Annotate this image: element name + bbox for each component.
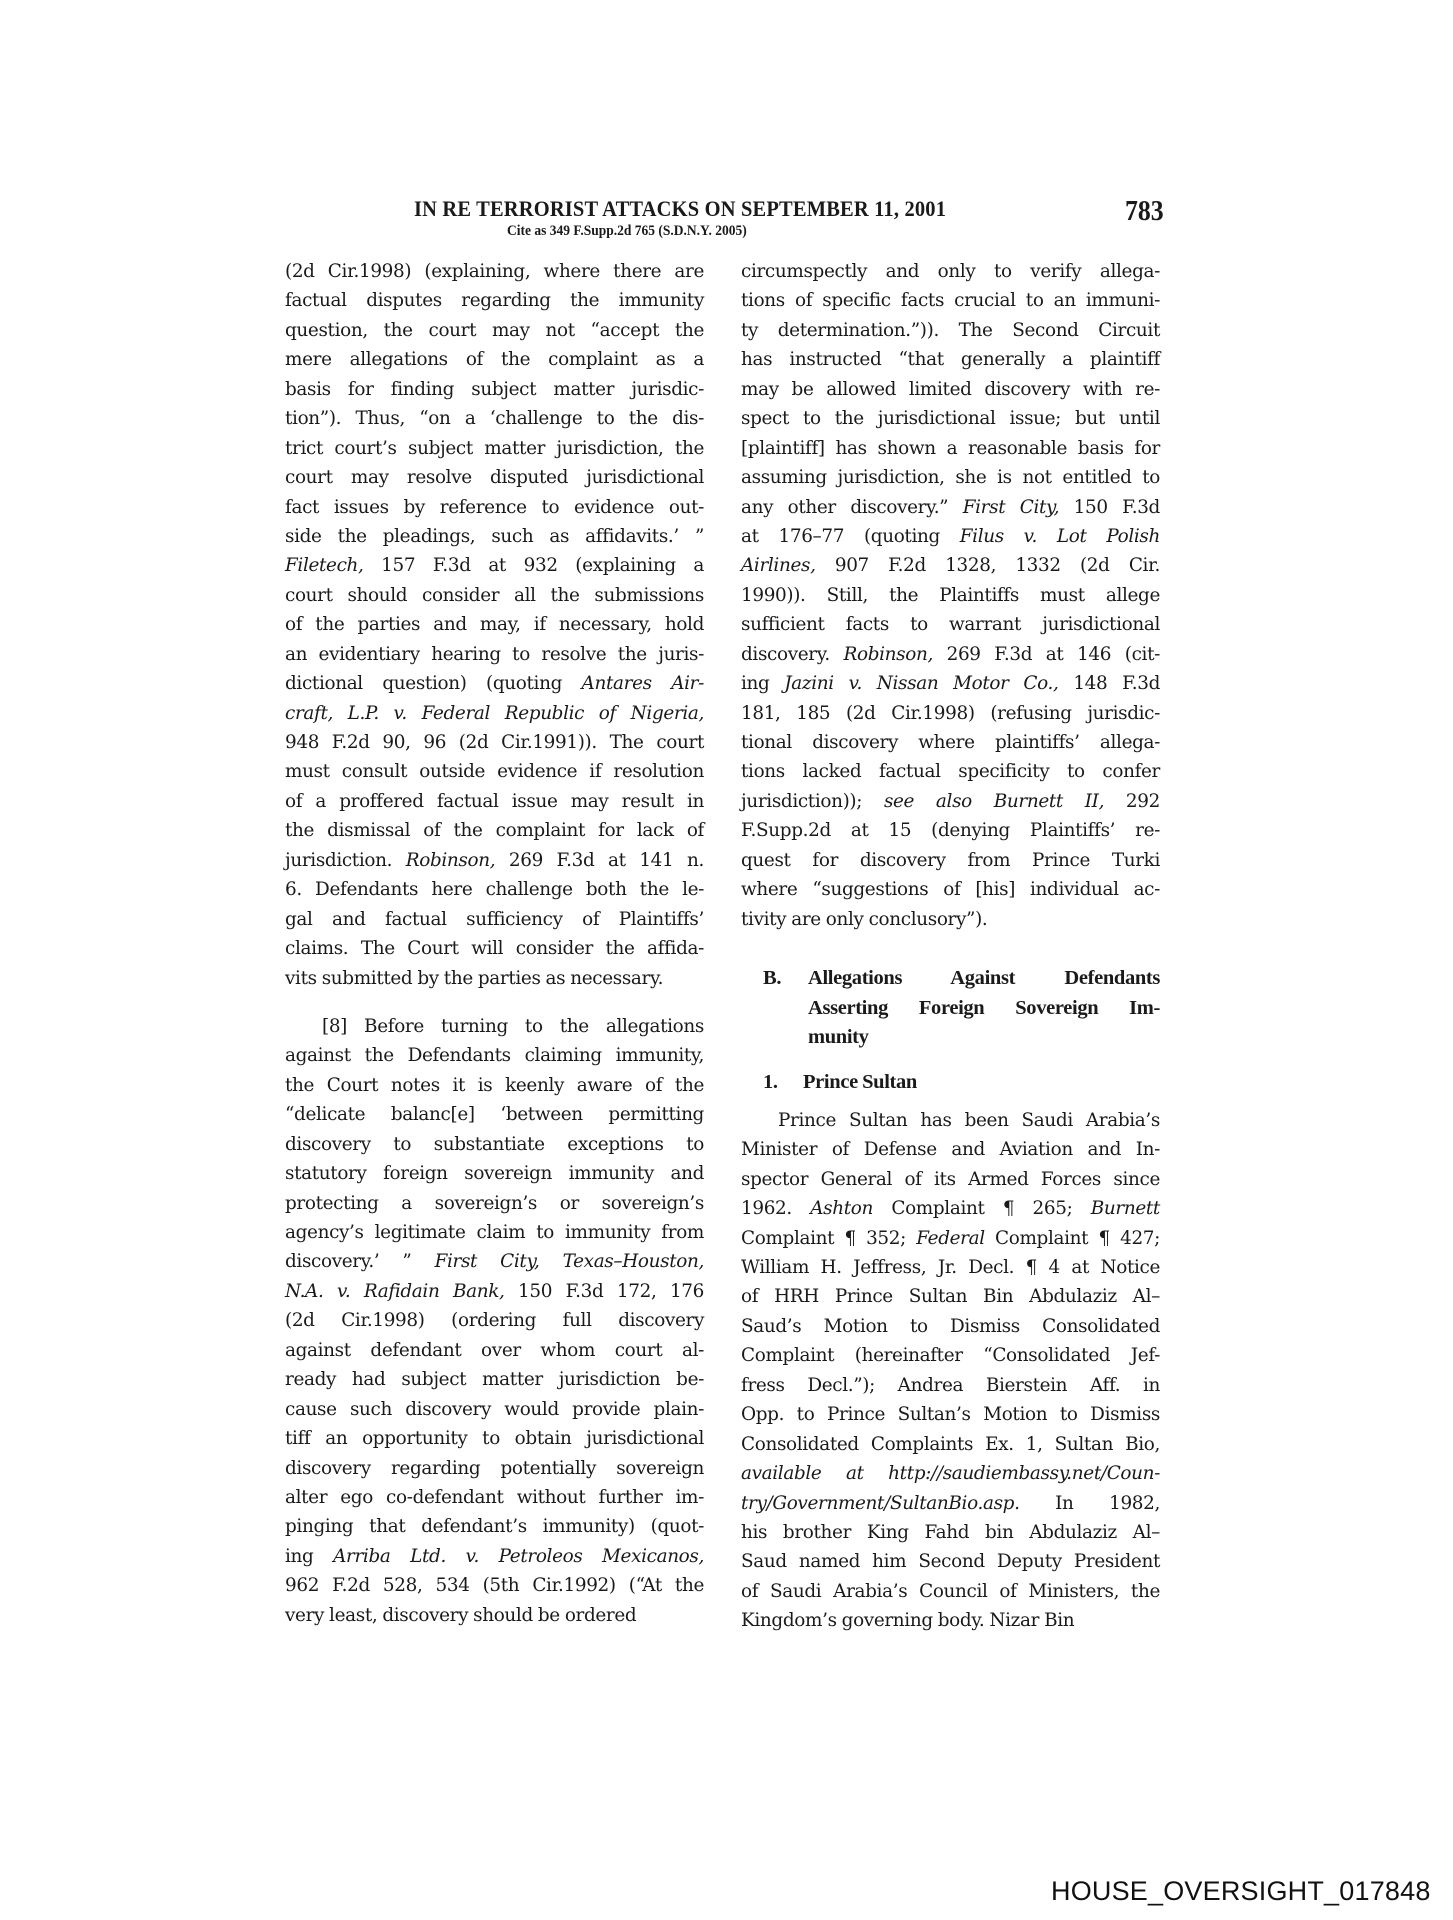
text-run: circumspectly and only to verify allega- xyxy=(741,261,1160,282)
text-line: 948 F.2d 90, 96 (2d Cir.1991)). The cour… xyxy=(285,728,704,757)
page-number: 783 xyxy=(1125,196,1164,228)
text-line: at 176–77 (quoting Filus v. Lot Polish xyxy=(741,522,1160,551)
subsection-heading-prince-sultan: 1.Prince Sultan xyxy=(741,1068,1160,1097)
text-run: Complaint ¶ 427; xyxy=(985,1228,1160,1249)
text-line: vits submitted by the parties as necessa… xyxy=(285,964,704,993)
paragraph-prince-sultan: Prince Sultan has been Saudi Arabia’sMin… xyxy=(741,1106,1160,1636)
text-line: Prince Sultan has been Saudi Arabia’s xyxy=(741,1106,1160,1135)
text-run: [8] Before turning to the allegations xyxy=(322,1016,704,1037)
text-run: mere allegations of the complaint as a xyxy=(285,349,704,370)
italic-citation: see also Burnett II, xyxy=(884,791,1104,812)
text-line: an evidentiary hearing to resolve the ju… xyxy=(285,640,704,669)
text-run: Saud named him Second Deputy President xyxy=(741,1551,1160,1572)
text-run: assuming jurisdiction, she is not entitl… xyxy=(741,467,1160,488)
text-run: basis for finding subject matter jurisdi… xyxy=(285,379,704,400)
text-run: ing xyxy=(285,1546,333,1567)
text-line: ty determination.”)). The Second Circuit xyxy=(741,316,1160,345)
italic-citation: try/Government/SultanBio.asp. xyxy=(741,1493,1020,1514)
text-line: court should consider all the submission… xyxy=(285,581,704,610)
text-line: protecting a sovereign’s or sovereign’s xyxy=(285,1189,704,1218)
right-column: circumspectly and only to verify allega-… xyxy=(741,257,1160,1636)
text-line: spect to the jurisdictional issue; but u… xyxy=(741,404,1160,433)
text-run: the Court notes it is keenly aware of th… xyxy=(285,1075,704,1096)
text-line: factual disputes regarding the immunity xyxy=(285,286,704,315)
text-run: agency’s legitimate claim to immunity fr… xyxy=(285,1222,704,1243)
italic-citation: Antares Air- xyxy=(582,673,704,694)
italic-citation: Airlines, xyxy=(741,555,816,576)
text-line: agency’s legitimate claim to immunity fr… xyxy=(285,1218,704,1247)
italic-citation: craft, L.P. v. Federal Republic of Niger… xyxy=(285,703,704,724)
text-run: of Saudi Arabia’s Council of Ministers, … xyxy=(741,1581,1160,1602)
text-line: (2d Cir.1998) (ordering full discovery xyxy=(285,1306,704,1335)
text-line: may be allowed limited discovery with re… xyxy=(741,375,1160,404)
text-run: pinging that defendant’s immunity) (quot… xyxy=(285,1516,704,1537)
text-line: has instructed “that generally a plainti… xyxy=(741,345,1160,374)
text-line: the dismissal of the complaint for lack … xyxy=(285,816,704,845)
text-run: fact issues by reference to evidence out… xyxy=(285,497,704,518)
text-line: tion”). Thus, “on a ‘challenge to the di… xyxy=(285,404,704,433)
text-line: any other discovery.” First City, 150 F.… xyxy=(741,493,1160,522)
text-run: 6. Defendants here challenge both the le… xyxy=(285,879,704,900)
text-line: basis for finding subject matter jurisdi… xyxy=(285,375,704,404)
text-line: trict court’s subject matter jurisdictio… xyxy=(285,434,704,463)
text-run: discovery regarding potentially sovereig… xyxy=(285,1458,704,1479)
text-line: tions lacked factual specificity to conf… xyxy=(741,757,1160,786)
text-run: Kingdom’s governing body. Nizar Bin xyxy=(741,1610,1074,1631)
citation-line: Cite as 349 F.Supp.2d 765 (S.D.N.Y. 2005… xyxy=(507,223,747,240)
text-run: 181, 185 (2d Cir.1998) (refusing jurisdi… xyxy=(741,703,1160,724)
text-run: ing xyxy=(741,673,784,694)
text-line: the Court notes it is keenly aware of th… xyxy=(285,1071,704,1100)
text-run: of the parties and may, if necessary, ho… xyxy=(285,614,704,635)
text-line: of HRH Prince Sultan Bin Abdulaziz Al– xyxy=(741,1282,1160,1311)
text-run: discovery. xyxy=(741,644,843,665)
italic-citation: Federal xyxy=(916,1228,984,1249)
text-run: spect to the jurisdictional issue; but u… xyxy=(741,408,1160,429)
text-line: Kingdom’s governing body. Nizar Bin xyxy=(741,1606,1160,1635)
text-run: William H. Jeffress, Jr. Decl. ¶ 4 at No… xyxy=(741,1257,1160,1278)
text-run: any other discovery.” xyxy=(741,497,963,518)
text-line: discovery regarding potentially sovereig… xyxy=(285,1454,704,1483)
text-line: N.A. v. Rafidain Bank, 150 F.3d 172, 176 xyxy=(285,1277,704,1306)
text-run: Complaint ¶ 352; xyxy=(741,1228,916,1249)
text-line: ready had subject matter jurisdiction be… xyxy=(285,1365,704,1394)
text-run: [plaintiff] has shown a reasonable basis… xyxy=(741,438,1160,459)
text-run: has instructed “that generally a plainti… xyxy=(741,349,1160,370)
text-line: assuming jurisdiction, she is not entitl… xyxy=(741,463,1160,492)
section-number: B. xyxy=(763,964,781,993)
text-line: very least, discovery should be ordered xyxy=(285,1601,704,1630)
text-line: ing Arriba Ltd. v. Petroleos Mexicanos, xyxy=(285,1542,704,1571)
italic-citation: Filetech, xyxy=(285,555,364,576)
text-line: alter ego co-defendant without further i… xyxy=(285,1483,704,1512)
text-line: fact issues by reference to evidence out… xyxy=(285,493,704,522)
text-line: Minister of Defense and Aviation and In- xyxy=(741,1135,1160,1164)
text-run: 907 F.2d 1328, 1332 (2d Cir. xyxy=(816,555,1160,576)
text-run: tions lacked factual specificity to conf… xyxy=(741,761,1160,782)
text-run: dictional question) (quoting xyxy=(285,673,582,694)
text-line: mere allegations of the complaint as a xyxy=(285,345,704,374)
text-run: trict court’s subject matter jurisdictio… xyxy=(285,438,704,459)
text-line: F.Supp.2d at 15 (denying Plaintiffs’ re- xyxy=(741,816,1160,845)
italic-citation: Arriba Ltd. v. Petroleos Mexicanos, xyxy=(333,1546,704,1567)
text-run: of HRH Prince Sultan Bin Abdulaziz Al– xyxy=(741,1286,1160,1307)
text-line: claims. The Court will consider the affi… xyxy=(285,934,704,963)
text-run: 269 F.3d at 141 n. xyxy=(495,850,704,871)
text-run: 148 F.3d xyxy=(1059,673,1161,694)
text-run: discovery to substantiate exceptions to xyxy=(285,1134,704,1155)
text-line: Consolidated Complaints Ex. 1, Sultan Bi… xyxy=(741,1430,1160,1459)
text-run: Opp. to Prince Sultan’s Motion to Dismis… xyxy=(741,1404,1160,1425)
text-line: William H. Jeffress, Jr. Decl. ¶ 4 at No… xyxy=(741,1253,1160,1282)
text-run: cause such discovery would provide plain… xyxy=(285,1399,704,1420)
italic-citation: Ashton xyxy=(810,1198,873,1219)
heading-gap xyxy=(741,1098,1160,1106)
subsection-title: Prince Sultan xyxy=(803,1071,917,1093)
text-run: vits submitted by the parties as necessa… xyxy=(285,968,663,989)
text-run: 1990)). Still, the Plaintiffs must alleg… xyxy=(741,585,1160,606)
text-line: tional discovery where plaintiffs’ alleg… xyxy=(741,728,1160,757)
text-line: tiff an opportunity to obtain jurisdicti… xyxy=(285,1424,704,1453)
text-run: ty determination.”)). The Second Circuit xyxy=(741,320,1160,341)
text-run: side the pleadings, such as affidavits.’… xyxy=(285,526,704,547)
text-run: fress Decl.”); Andrea Bierstein Aff. in xyxy=(741,1375,1160,1396)
text-line: against defendant over whom court al- xyxy=(285,1336,704,1365)
text-line: spector General of its Armed Forces sinc… xyxy=(741,1165,1160,1194)
text-line: 1962. Ashton Complaint ¶ 265; Burnett xyxy=(741,1194,1160,1223)
heading-gap xyxy=(741,1052,1160,1068)
text-line: tions of specific facts crucial to an im… xyxy=(741,286,1160,315)
text-line: Saud named him Second Deputy President xyxy=(741,1547,1160,1576)
text-run: Minister of Defense and Aviation and In- xyxy=(741,1139,1160,1160)
subsection-number: 1. xyxy=(763,1068,803,1097)
text-run: against the Defendants claiming immunity… xyxy=(285,1045,704,1066)
text-line: against the Defendants claiming immunity… xyxy=(285,1041,704,1070)
text-line: try/Government/SultanBio.asp. In 1982, xyxy=(741,1489,1160,1518)
text-run: Complaint (hereinafter “Consolidated Jef… xyxy=(741,1345,1160,1366)
italic-citation: Filus v. Lot Polish xyxy=(960,526,1160,547)
text-run: Complaint ¶ 265; xyxy=(873,1198,1091,1219)
text-run: court should consider all the submission… xyxy=(285,585,704,606)
text-line: Saud’s Motion to Dismiss Consolidated xyxy=(741,1312,1160,1341)
section-heading-line: Allegations Against Defendants xyxy=(741,964,1160,993)
text-run: an evidentiary hearing to resolve the ju… xyxy=(285,644,704,665)
text-line: statutory foreign sovereign immunity and xyxy=(285,1159,704,1188)
text-run: 948 F.2d 90, 96 (2d Cir.1991)). The cour… xyxy=(285,732,704,753)
italic-citation: Burnett xyxy=(1091,1198,1160,1219)
text-line: 6. Defendants here challenge both the le… xyxy=(285,875,704,904)
text-run: claims. The Court will consider the affi… xyxy=(285,938,704,959)
italic-citation: First City, xyxy=(963,497,1059,518)
text-line: Filetech, 157 F.3d at 932 (explaining a xyxy=(285,551,704,580)
text-run: quest for discovery from Prince Turki xyxy=(741,850,1160,871)
text-line: discovery.’ ” First City, Texas–Houston, xyxy=(285,1247,704,1276)
text-run: 962 F.2d 528, 534 (5th Cir.1992) (“At th… xyxy=(285,1575,704,1596)
text-run: factual disputes regarding the immunity xyxy=(285,290,704,311)
italic-citation: Robinson, xyxy=(406,850,495,871)
text-line: Complaint (hereinafter “Consolidated Jef… xyxy=(741,1341,1160,1370)
text-run: ready had subject matter jurisdiction be… xyxy=(285,1369,704,1390)
text-run: Consolidated Complaints Ex. 1, Sultan Bi… xyxy=(741,1434,1160,1455)
paragraph: (2d Cir.1998) (explaining, where there a… xyxy=(285,257,704,993)
text-run: jurisdiction. xyxy=(285,850,406,871)
text-run: F.Supp.2d at 15 (denying Plaintiffs’ re- xyxy=(741,820,1160,841)
text-run: “delicate balanc[e] ‘between permitting xyxy=(285,1104,704,1125)
text-line: 181, 185 (2d Cir.1998) (refusing jurisdi… xyxy=(741,699,1160,728)
text-run: Prince Sultan has been Saudi Arabia’s xyxy=(778,1110,1160,1131)
text-line: jurisdiction. Robinson, 269 F.3d at 141 … xyxy=(285,846,704,875)
text-run: jurisdiction)); xyxy=(741,791,884,812)
text-run: 150 F.3d xyxy=(1059,497,1160,518)
text-line: quest for discovery from Prince Turki xyxy=(741,846,1160,875)
section-heading-line: munity xyxy=(741,1023,1160,1052)
text-line: of a proffered factual issue may result … xyxy=(285,787,704,816)
text-run: sufficient facts to warrant jurisdiction… xyxy=(741,614,1160,635)
italic-citation: N.A. v. Rafidain Bank, xyxy=(285,1281,505,1302)
text-run: discovery.’ ” xyxy=(285,1251,435,1272)
text-line: dictional question) (quoting Antares Air… xyxy=(285,669,704,698)
text-run: spector General of its Armed Forces sinc… xyxy=(741,1169,1160,1190)
text-line: [8] Before turning to the allegations xyxy=(285,1012,704,1041)
text-line: (2d Cir.1998) (explaining, where there a… xyxy=(285,257,704,286)
text-line: fress Decl.”); Andrea Bierstein Aff. in xyxy=(741,1371,1160,1400)
paragraph-gap xyxy=(741,934,1160,964)
text-line: of Saudi Arabia’s Council of Ministers, … xyxy=(741,1577,1160,1606)
section-heading-line: Asserting Foreign Sovereign Im- xyxy=(741,994,1160,1023)
text-run: may be allowed limited discovery with re… xyxy=(741,379,1160,400)
text-run: statutory foreign sovereign immunity and xyxy=(285,1163,704,1184)
text-run: must consult outside evidence if resolut… xyxy=(285,761,704,782)
text-run: court may resolve disputed jurisdictiona… xyxy=(285,467,704,488)
text-line: must consult outside evidence if resolut… xyxy=(285,757,704,786)
text-line: [plaintiff] has shown a reasonable basis… xyxy=(741,434,1160,463)
italic-citation: First City, Texas–Houston, xyxy=(435,1251,704,1272)
running-title: IN RE TERRORIST ATTACKS ON SEPTEMBER 11,… xyxy=(414,196,946,222)
text-run: the dismissal of the complaint for lack … xyxy=(285,820,704,841)
text-run: against defendant over whom court al- xyxy=(285,1340,704,1361)
text-line: pinging that defendant’s immunity) (quot… xyxy=(285,1512,704,1541)
text-run: tion”). Thus, “on a ‘challenge to the di… xyxy=(285,408,704,429)
text-line: Complaint ¶ 352; Federal Complaint ¶ 427… xyxy=(741,1224,1160,1253)
text-line: 962 F.2d 528, 534 (5th Cir.1992) (“At th… xyxy=(285,1571,704,1600)
text-line: where “suggestions of [his] individual a… xyxy=(741,875,1160,904)
text-line: 1990)). Still, the Plaintiffs must alleg… xyxy=(741,581,1160,610)
text-line: available at http://saudiembassy.net/Cou… xyxy=(741,1459,1160,1488)
text-line: side the pleadings, such as affidavits.’… xyxy=(285,522,704,551)
text-line: question, the court may not “accept the xyxy=(285,316,704,345)
text-line: tivity are only conclusory”). xyxy=(741,905,1160,934)
paragraph-headnote-8: [8] Before turning to the allegationsaga… xyxy=(285,1012,704,1630)
text-run: In 1982, xyxy=(1020,1493,1160,1514)
text-line: circumspectly and only to verify allega- xyxy=(741,257,1160,286)
text-run: where “suggestions of [his] individual a… xyxy=(741,879,1160,900)
italic-citation: available at http://saudiembassy.net/Cou… xyxy=(741,1463,1160,1484)
text-run: his brother King Fahd bin Abdulaziz Al– xyxy=(741,1522,1160,1543)
text-line: court may resolve disputed jurisdictiona… xyxy=(285,463,704,492)
text-run: of a proffered factual issue may result … xyxy=(285,791,704,812)
text-run: question, the court may not “accept the xyxy=(285,320,704,341)
text-line: sufficient facts to warrant jurisdiction… xyxy=(741,610,1160,639)
text-run: 292 xyxy=(1104,791,1160,812)
text-run: tivity are only conclusory”). xyxy=(741,909,987,930)
text-run: (2d Cir.1998) (ordering full discovery xyxy=(285,1310,704,1331)
text-line: gal and factual sufficiency of Plaintiff… xyxy=(285,905,704,934)
text-run: tions of specific facts crucial to an im… xyxy=(741,290,1160,311)
bates-number: HOUSE_OVERSIGHT_017848 xyxy=(1051,1876,1431,1907)
text-line: of the parties and may, if necessary, ho… xyxy=(285,610,704,639)
text-line: cause such discovery would provide plain… xyxy=(285,1395,704,1424)
text-run: Saud’s Motion to Dismiss Consolidated xyxy=(741,1316,1160,1337)
paragraph: circumspectly and only to verify allega-… xyxy=(741,257,1160,934)
text-line: his brother King Fahd bin Abdulaziz Al– xyxy=(741,1518,1160,1547)
text-line: “delicate balanc[e] ‘between permitting xyxy=(285,1100,704,1129)
text-line: craft, L.P. v. Federal Republic of Niger… xyxy=(285,699,704,728)
text-line: ing Jazini v. Nissan Motor Co., 148 F.3d xyxy=(741,669,1160,698)
italic-citation: Robinson, xyxy=(843,644,932,665)
text-line: jurisdiction)); see also Burnett II, 292 xyxy=(741,787,1160,816)
text-run: gal and factual sufficiency of Plaintiff… xyxy=(285,909,704,930)
text-run: very least, discovery should be ordered xyxy=(285,1605,636,1626)
text-line: Airlines, 907 F.2d 1328, 1332 (2d Cir. xyxy=(741,551,1160,580)
text-line: discovery to substantiate exceptions to xyxy=(285,1130,704,1159)
italic-citation: Jazini v. Nissan Motor Co., xyxy=(784,673,1058,694)
text-run: tiff an opportunity to obtain jurisdicti… xyxy=(285,1428,704,1449)
text-line: discovery. Robinson, 269 F.3d at 146 (ci… xyxy=(741,640,1160,669)
paragraph-gap xyxy=(285,993,704,1012)
text-run: at 176–77 (quoting xyxy=(741,526,960,547)
text-run: 269 F.3d at 146 (cit- xyxy=(933,644,1160,665)
text-run: 1962. xyxy=(741,1198,810,1219)
text-run: 150 F.3d 172, 176 xyxy=(505,1281,705,1302)
section-heading-b: B. Allegations Against Defendants Assert… xyxy=(741,964,1160,1052)
text-run: protecting a sovereign’s or sovereign’s xyxy=(285,1193,704,1214)
text-run: alter ego co-defendant without further i… xyxy=(285,1487,704,1508)
text-line: Opp. to Prince Sultan’s Motion to Dismis… xyxy=(741,1400,1160,1429)
text-run: tional discovery where plaintiffs’ alleg… xyxy=(741,732,1160,753)
text-run: 157 F.3d at 932 (explaining a xyxy=(364,555,704,576)
left-column: (2d Cir.1998) (explaining, where there a… xyxy=(285,257,704,1630)
text-run: (2d Cir.1998) (explaining, where there a… xyxy=(285,261,704,282)
